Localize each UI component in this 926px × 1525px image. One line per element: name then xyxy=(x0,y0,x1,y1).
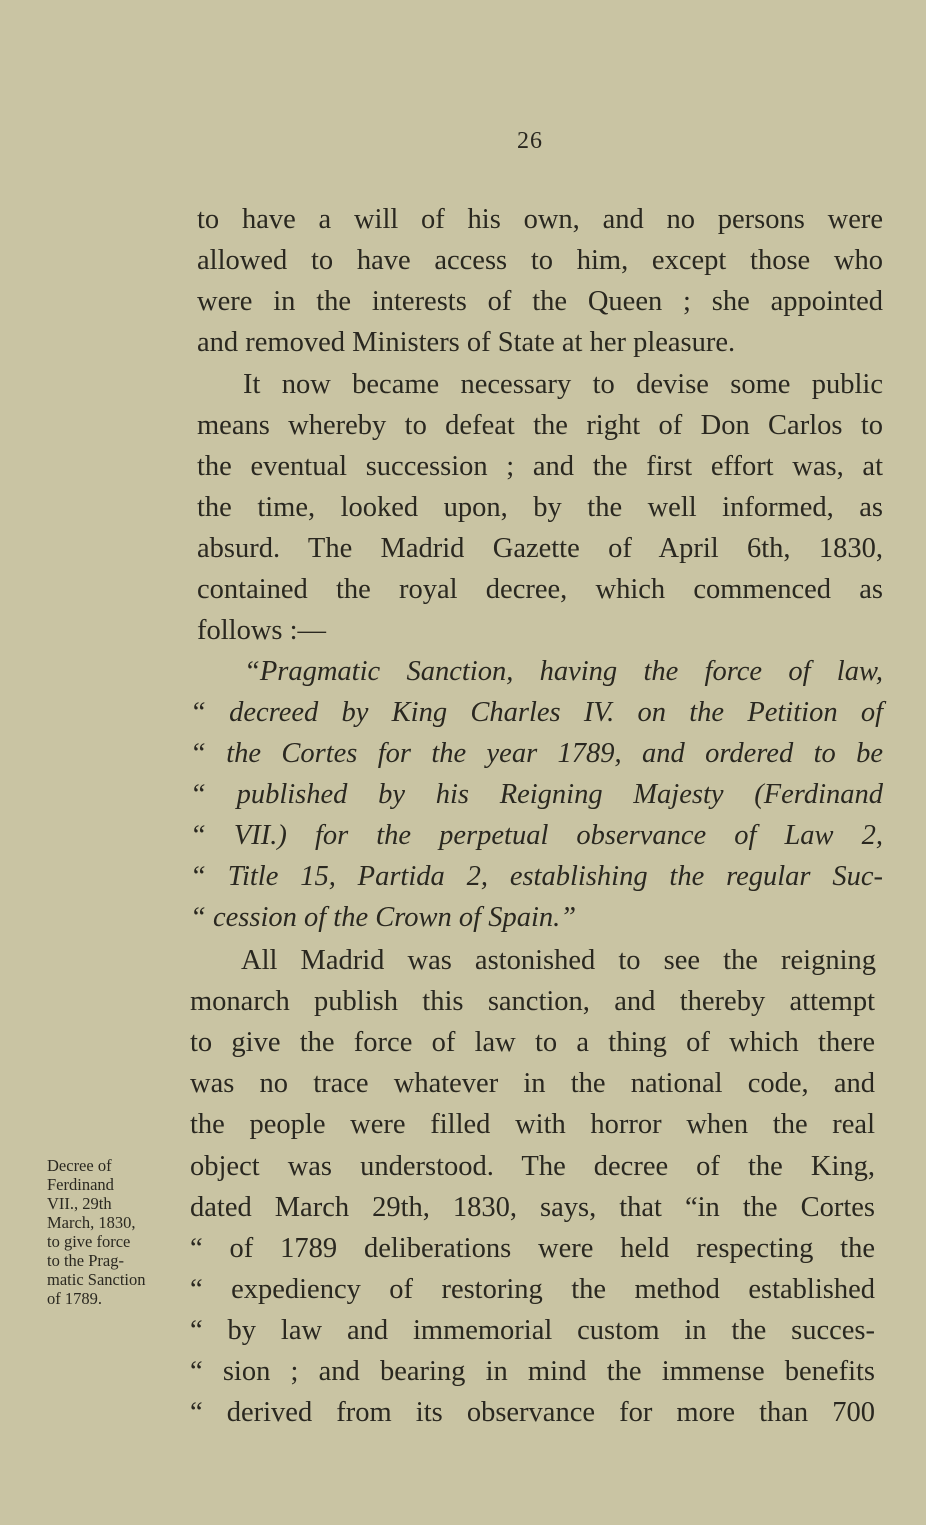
margin-note: Decree of Ferdinand VII., 29th March, 18… xyxy=(47,1156,187,1308)
text-line: object was understood. The decree of the… xyxy=(190,1150,875,1184)
quote-line: “ cession of the Crown of Spain.” xyxy=(190,901,883,935)
margin-note-line: of 1789. xyxy=(47,1289,187,1308)
text-line: absurd. The Madrid Gazette of April 6th,… xyxy=(197,532,883,566)
text-line: “ by law and immemorial custom in the su… xyxy=(190,1314,875,1348)
page-number: 26 xyxy=(0,128,926,155)
margin-note-line: Decree of xyxy=(47,1156,187,1175)
quote-line: “Pragmatic Sanction, having the force of… xyxy=(244,655,883,689)
text-line: contained the royal decree, which commen… xyxy=(197,573,883,607)
margin-note-line: March, 1830, xyxy=(47,1213,187,1232)
text-line: to have a will of his own, and no person… xyxy=(197,203,883,237)
margin-note-line: to give force xyxy=(47,1232,187,1251)
quote-line: “ Title 15, Partida 2, establishing the … xyxy=(190,860,883,894)
text-line: “ derived from its observance for more t… xyxy=(190,1396,875,1430)
text-line: allowed to have access to him, except th… xyxy=(197,244,883,278)
quote-line: “ decreed by King Charles IV. on the Pet… xyxy=(190,696,883,730)
text-line: follows :— xyxy=(197,614,883,648)
text-line: All Madrid was astonished to see the rei… xyxy=(241,944,876,978)
text-line: It now became necessary to devise some p… xyxy=(243,368,883,402)
text-line: the people were filled with horror when … xyxy=(190,1108,875,1142)
quote-line: “ the Cortes for the year 1789, and orde… xyxy=(190,737,883,771)
text-line: the time, looked upon, by the well infor… xyxy=(197,491,883,525)
margin-note-line: VII., 29th xyxy=(47,1194,187,1213)
text-line: monarch publish this sanction, and there… xyxy=(190,985,875,1019)
quote-line: “ published by his Reigning Majesty (Fer… xyxy=(190,778,883,812)
text-line: the eventual succession ; and the first … xyxy=(197,450,883,484)
text-line: means whereby to defeat the right of Don… xyxy=(197,409,883,443)
margin-note-line: to the Prag- xyxy=(47,1251,187,1270)
margin-note-line: matic Sanction xyxy=(47,1270,187,1289)
text-line: and removed Ministers of State at her pl… xyxy=(197,326,883,360)
text-line: were in the interests of the Queen ; she… xyxy=(197,285,883,319)
text-line: “ of 1789 deliberations were held respec… xyxy=(190,1232,875,1266)
margin-note-line: Ferdinand xyxy=(47,1175,187,1194)
text-line: to give the force of law to a thing of w… xyxy=(190,1026,875,1060)
text-line: was no trace whatever in the national co… xyxy=(190,1067,875,1101)
text-line: dated March 29th, 1830, says, that “in t… xyxy=(190,1191,875,1225)
quote-line: “ VII.) for the perpetual observance of … xyxy=(190,819,883,853)
text-line: “ sion ; and bearing in mind the immense… xyxy=(190,1355,875,1389)
text-line: “ expediency of restoring the method est… xyxy=(190,1273,875,1307)
